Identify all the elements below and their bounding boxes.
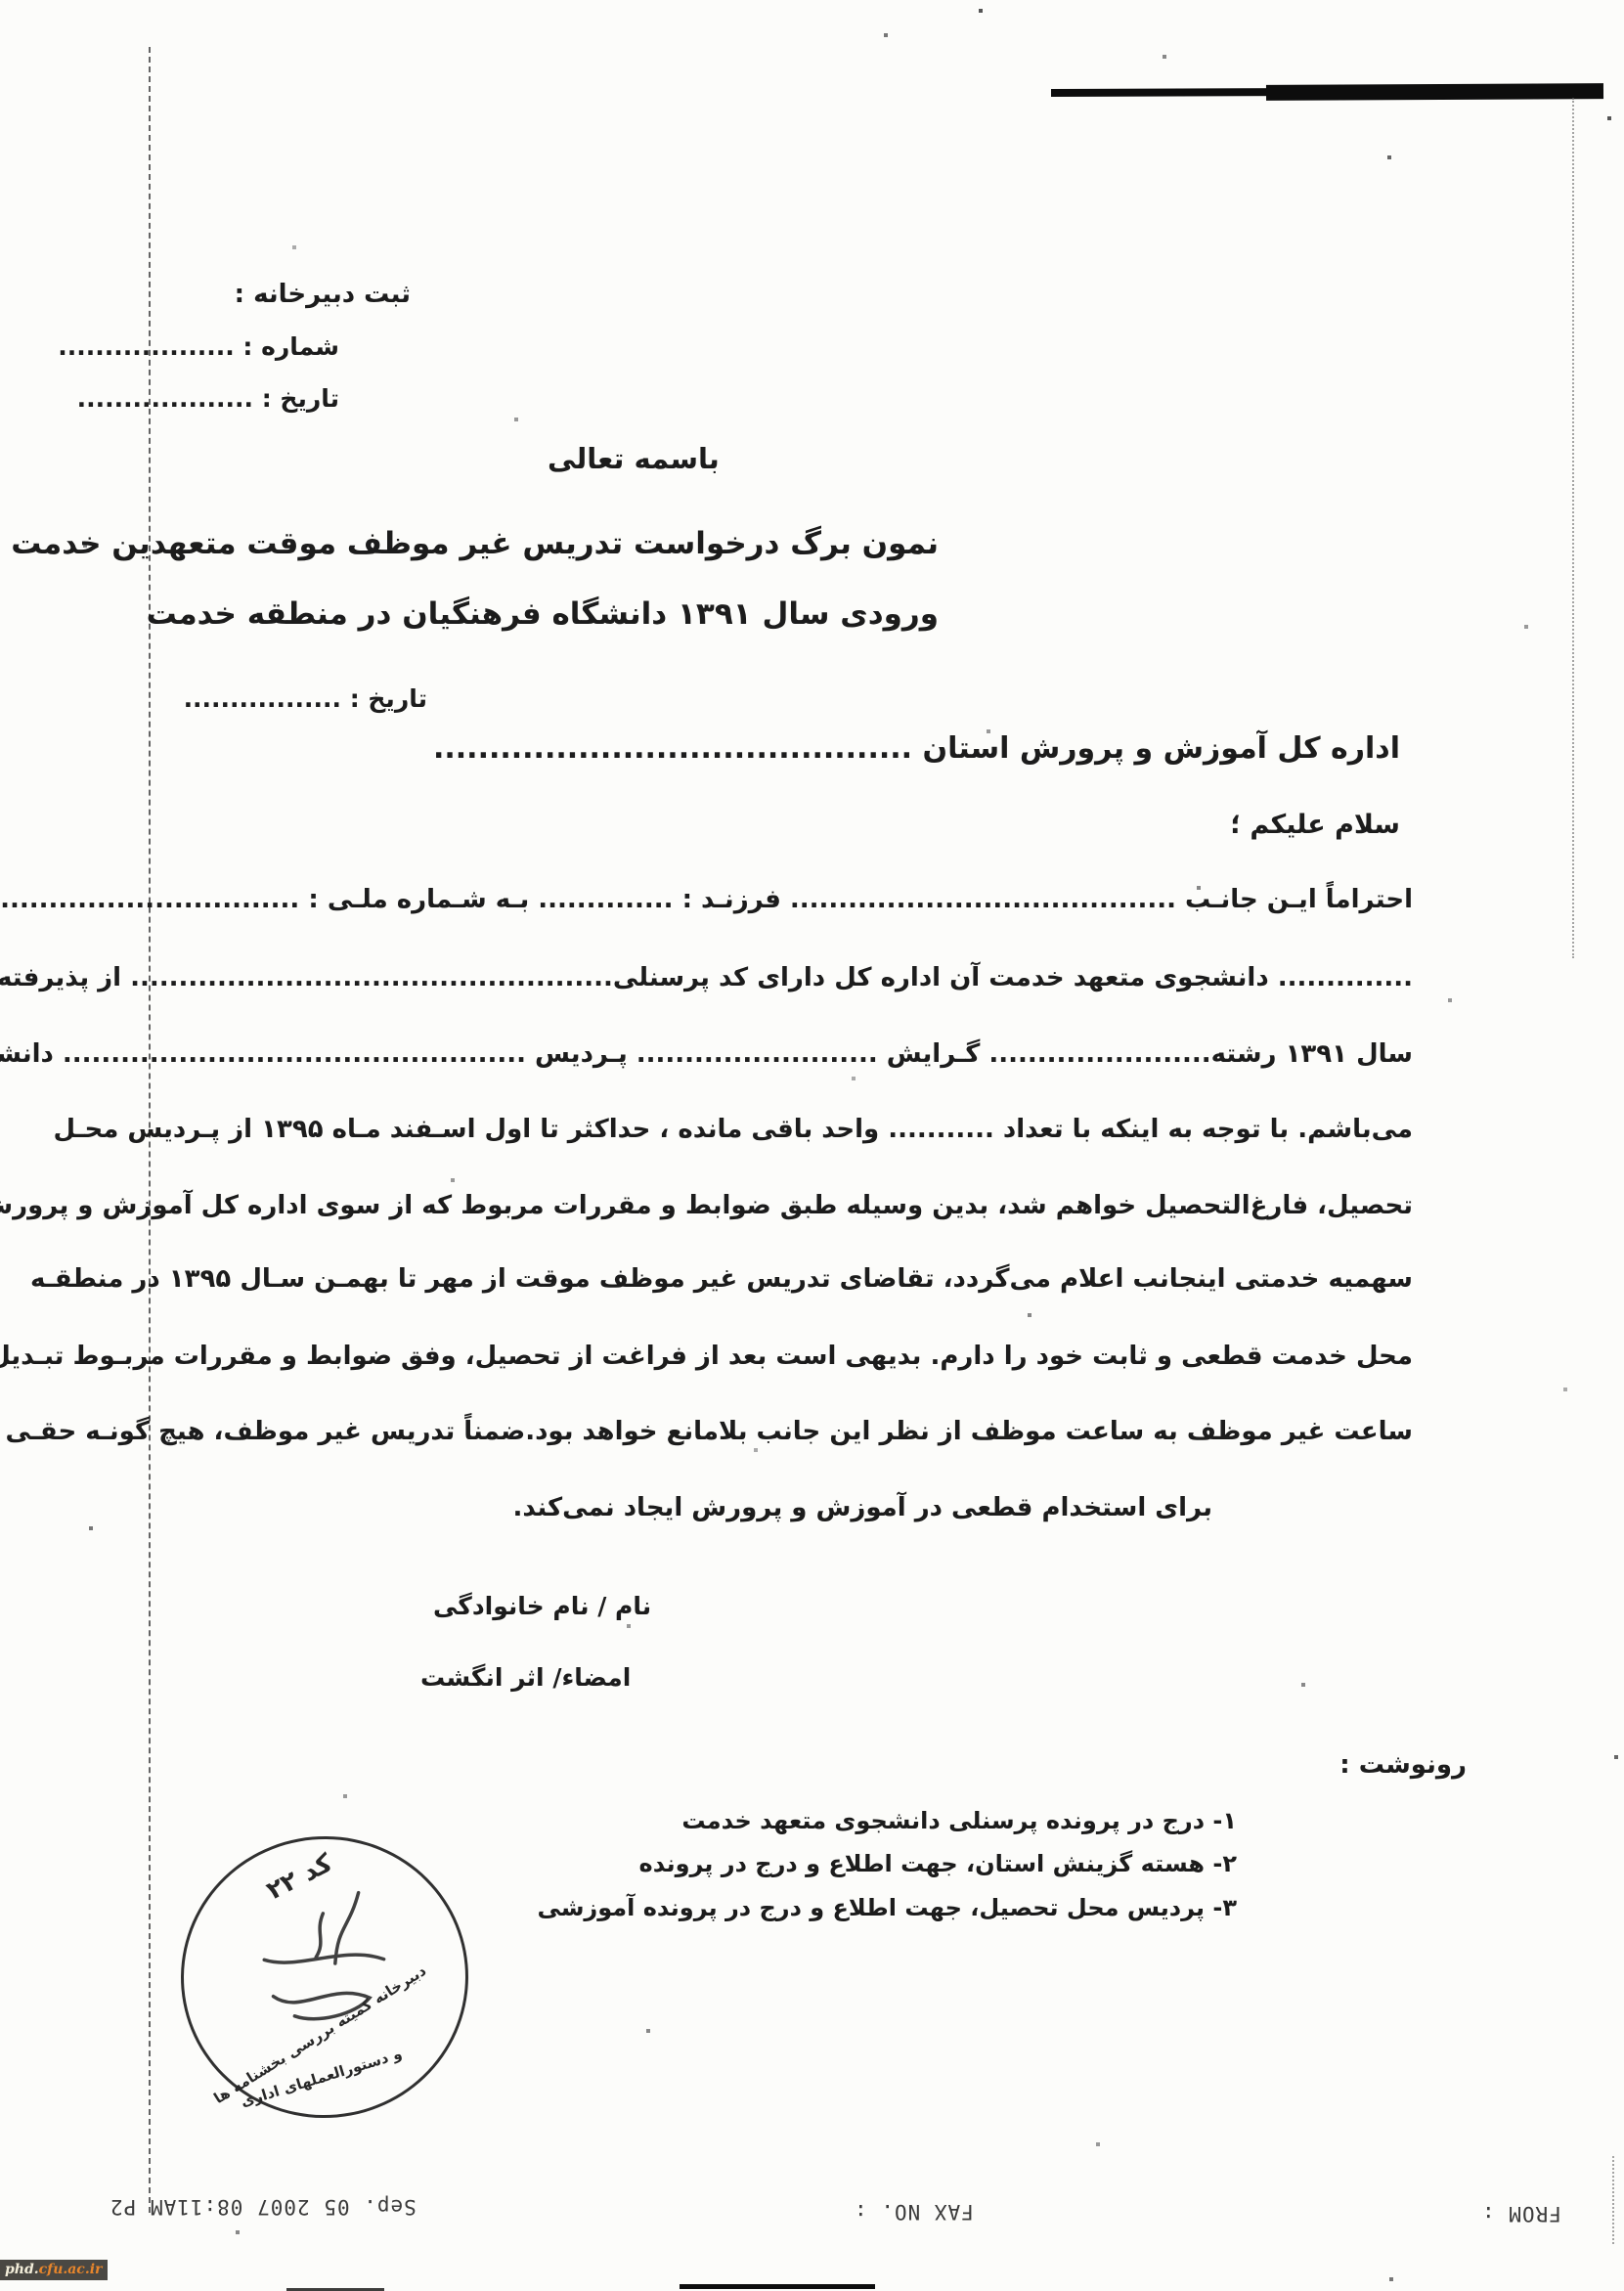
cc-header: رونوشت : [1339, 1750, 1467, 1780]
body-line: سهمیه خدمتی اینجانب اعلام می‌گردد، تقاضا… [30, 1264, 1413, 1294]
registry-office-label: ثبت دبیرخانه : [235, 280, 411, 309]
addressee-line: اداره کل آموزش و پرورش استان ...........… [433, 731, 1400, 766]
body-line: تحصیل، فارغ‌التحصیل خواهم شد، بدین وسیله… [0, 1191, 1413, 1220]
cc-item: ۱- درج در پرونده پرسنلی دانشجوی متعهد خد… [681, 1807, 1237, 1834]
scan-noise [0, 0, 2, 2]
signature-fingerprint-label: امضاء/ اثر انگشت [420, 1663, 631, 1692]
right-dotted-artifact [1572, 98, 1574, 958]
form-title-line1: نمون برگ درخواست تدریس غیر موظف موقت متع… [254, 526, 939, 561]
body-line: احتراماً ایـن جانـب ....................… [0, 885, 1413, 914]
cc-item: ۳- پردیس محل تحصیل، جهت اطلاع و درج در پ… [538, 1894, 1237, 1921]
right-bottom-dash-artifact [1612, 2156, 1614, 2244]
registry-date-field: تاریخ : ................... [77, 384, 339, 413]
fax-from-label: FROM : [1481, 2202, 1561, 2225]
site-watermark: phd.cfu.ac.ir [0, 2260, 108, 2280]
body-line: برای استخدام قطعی در آموزش و پرورش ایجاد… [513, 1493, 1212, 1522]
letter-date-field: تاریخ : ................. [184, 684, 427, 713]
body-line: ساعت غیر موظف به ساعت موظف از نظر این جا… [6, 1417, 1413, 1446]
watermark-domain: cfu.ac.ir [39, 2262, 103, 2277]
body-line: می‌باشم. با توجه به اینکه با تعداد .....… [53, 1115, 1413, 1144]
registry-number-field: شماره : ................... [58, 332, 339, 361]
fax-timestamp: Sep. 05 2007 08:11AM P2 [110, 2195, 417, 2219]
fax-number-label: FAX NO. : [854, 2200, 974, 2224]
body-line: سال ۱۳۹۱ رشته....................... گـر… [0, 1039, 1413, 1069]
besmele-text: باسمه تعالی [548, 442, 720, 475]
body-line: محل خدمت قطعی و ثابت خود را دارم. بدیهی … [0, 1342, 1413, 1371]
bottom-scan-line [680, 2284, 875, 2289]
form-title-line2: ورودی سال ۱۳۹۱ دانشگاه فرهنگیان در منطقه… [254, 596, 939, 632]
cc-item: ۲- هسته گزینش استان، جهت اطلاع و درج در … [639, 1850, 1237, 1877]
body-line: .............. دانشجوی متعهد خدمت آن ادا… [0, 963, 1413, 992]
office-stamp: کد ۲۲ دبیرخانه کمیته بررسی بخشنامه ها و … [169, 1825, 480, 2131]
watermark-prefix: phd. [5, 2262, 39, 2277]
signature-name-label: نام / نام خانوادگی [433, 1592, 651, 1620]
scanned-form-page: ثبت دبیرخانه : شماره : .................… [0, 0, 1624, 2291]
salutation-text: سلام علیکم ؛ [1230, 810, 1400, 840]
scan-artifact-bar-thick [1266, 83, 1603, 101]
